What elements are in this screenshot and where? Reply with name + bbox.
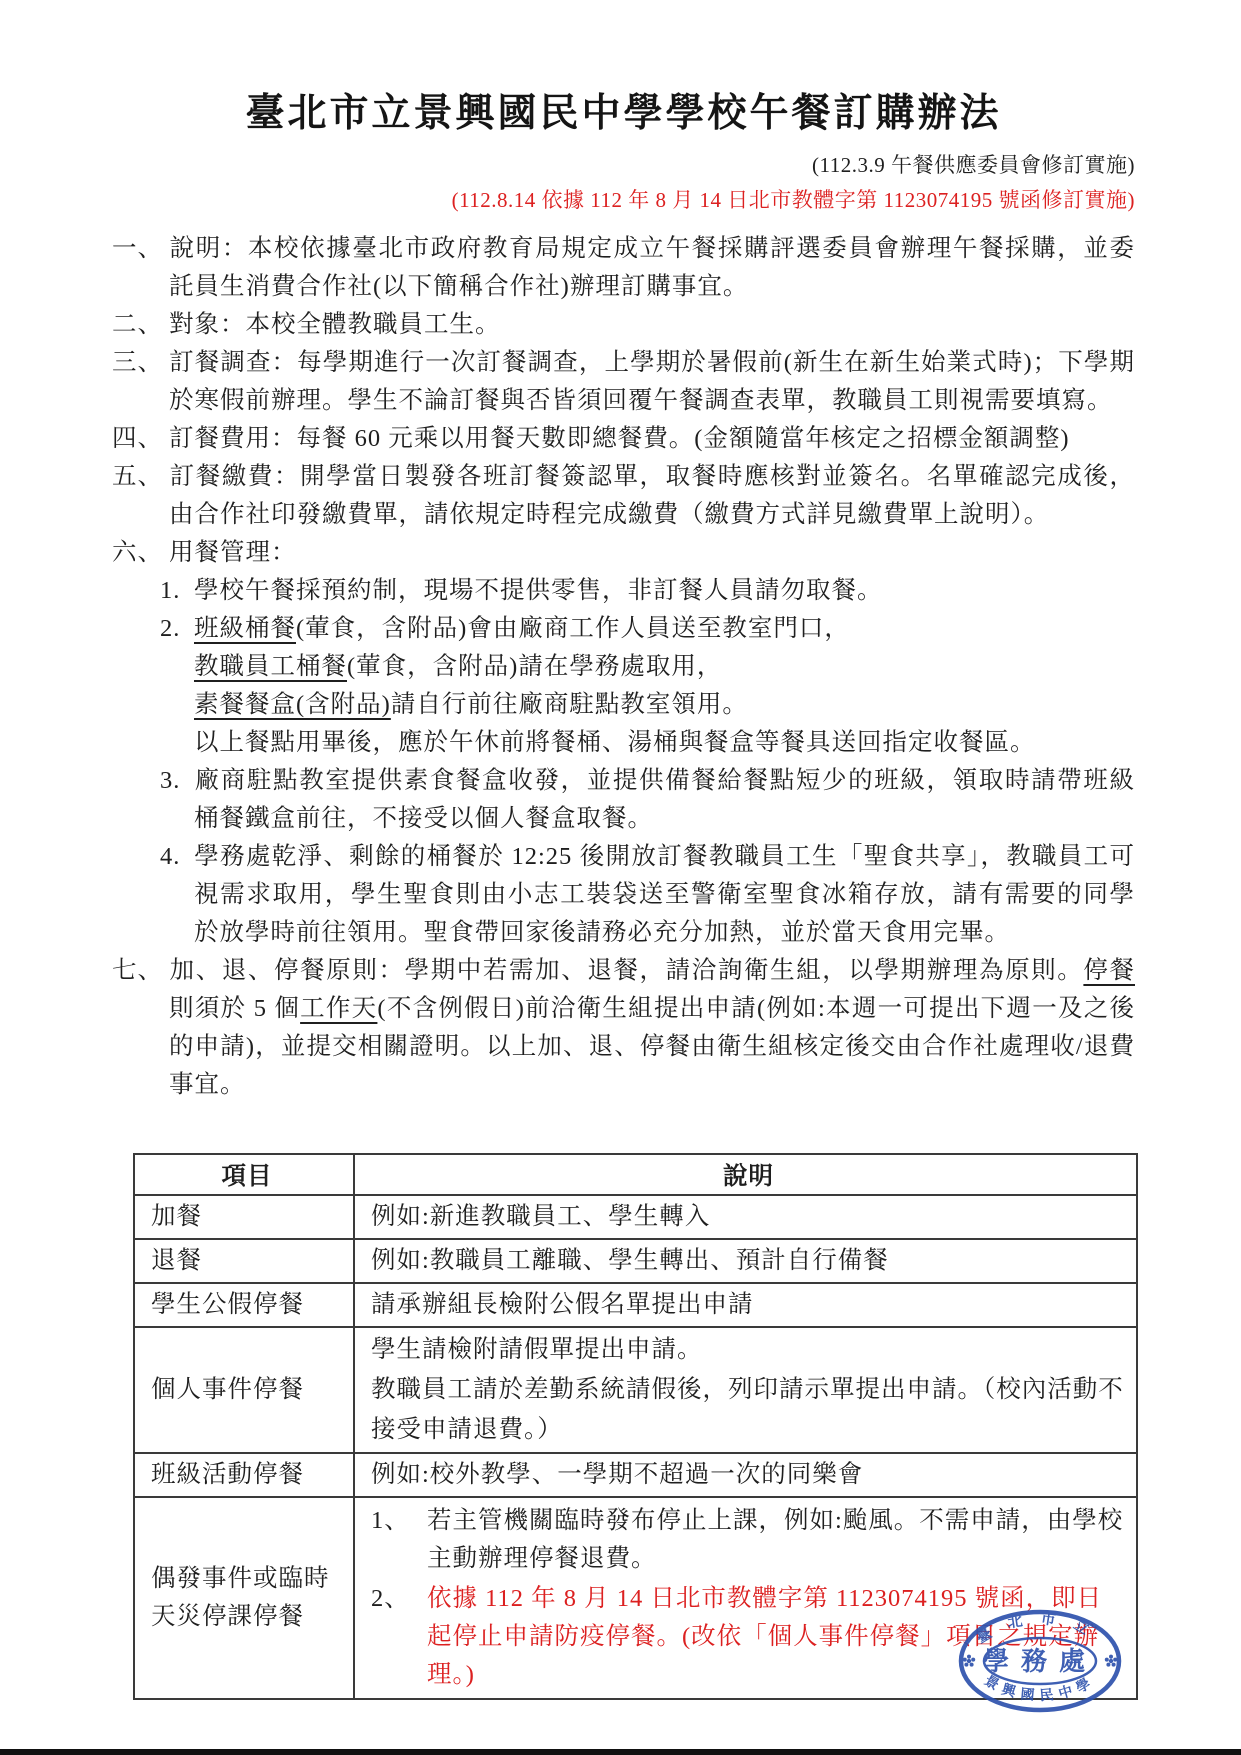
section-2-text: 對象：本校全體教職員工生。 <box>169 311 501 338</box>
row-4-desc-line-1: 學生請檢附請假單提出申請。 <box>371 1330 1126 1370</box>
section-3-text: 訂餐調查：每學期進行一次訂餐調查，上學期於暑假前(新生在新生始業式時)；下學期於… <box>169 349 1135 414</box>
seal-center-text: 學務處 <box>983 1647 1097 1676</box>
section-6-number: 六、 <box>112 534 169 572</box>
page-title: 臺北市立景興國民中學學校午餐訂購辦法 <box>112 88 1135 140</box>
row-5-item: 班級活動停餐 <box>134 1453 354 1497</box>
row-6-list-item-1: 1、 若主管機關臨時發布停止上課，例如:颱風。不需申請，由學校主動辦理停餐退費。 <box>371 1502 1126 1578</box>
item-4-number: 4. <box>160 838 194 876</box>
row-1-item: 加餐 <box>134 1195 354 1239</box>
row-5-desc: 例如:校外教學、一學期不超過一次的同樂會 <box>354 1453 1137 1497</box>
section-6-item-4: 4.學務處乾淨、剩餘的桶餐於 12:25 後開放訂餐教職員工生「聖食共享」，教職… <box>112 838 1135 952</box>
table-row: 學生公假停餐 請承辦組長檢附公假名單提出申請 <box>134 1283 1137 1327</box>
table-row: 加餐 例如:新進教職員工、學生轉入 <box>134 1195 1137 1239</box>
document-body: 一、說明：本校依據臺北市政府教育局規定成立午餐採購評選委員會辦理午餐採購，並委託… <box>112 230 1135 1104</box>
row-6-item-2-number: 2、 <box>371 1580 427 1694</box>
section-2-number: 二、 <box>112 306 169 344</box>
section-5: 五、訂餐繳費：開學當日製發各班訂餐簽認單，取餐時應核對並簽名。名單確認完成後，由… <box>112 458 1135 534</box>
section-7-underlined-2: 工作天 <box>300 995 377 1022</box>
section-2: 二、對象：本校全體教職員工生。 <box>112 306 1135 344</box>
item-2-line-2-underlined: 教職員工桶餐 <box>194 653 347 680</box>
document-page: 臺北市立景興國民中學學校午餐訂購辦法 (112.3.9 午餐供應委員會修訂實施)… <box>0 0 1241 1755</box>
revision-notes: (112.3.9 午餐供應委員會修訂實施) (112.8.14 依據 112 年… <box>112 148 1135 218</box>
section-3-number: 三、 <box>112 344 169 382</box>
section-6-item-2: 2.班級桶餐(葷食，含附品)會由廠商工作人員送至教室門口， <box>112 610 1135 648</box>
item-1-text: 學校午餐採預約制，現場不提供零售，非訂餐人員請勿取餐。 <box>194 577 883 604</box>
section-1-number: 一、 <box>112 230 169 268</box>
section-7-text-2: 則須於 5 個 <box>169 995 300 1022</box>
revision-note-1: (112.3.9 午餐供應委員會修訂實施) <box>112 148 1135 183</box>
section-4-number: 四、 <box>112 420 169 458</box>
item-2-line-3-text: 請自行前往廠商駐點教室領用。 <box>391 691 748 718</box>
section-6-heading: 用餐管理： <box>169 539 297 566</box>
svg-text:臺北市立: 臺北市立 <box>973 1609 1107 1647</box>
section-5-number: 五、 <box>112 458 169 496</box>
school-seal-stamp: 臺北市立 景興國民中學 學務處 <box>956 1608 1124 1714</box>
item-2-number: 2. <box>160 610 194 648</box>
section-5-text: 訂餐繳費：開學當日製發各班訂餐簽認單，取餐時應核對並簽名。名單確認完成後，由合作… <box>169 463 1135 528</box>
section-6-item-3: 3.廠商駐點教室提供素食餐盒收發，並提供備餐給餐點短少的班級，領取時請帶班級桶餐… <box>112 762 1135 838</box>
row-6-item: 偶發事件或臨時天災停課停餐 <box>134 1497 354 1699</box>
section-1: 一、說明：本校依據臺北市政府教育局規定成立午餐採購評選委員會辦理午餐採購，並委託… <box>112 230 1135 306</box>
item-2-line-3-underlined: 素餐餐盒(含附品) <box>194 691 391 718</box>
table-header-desc: 說明 <box>354 1154 1137 1195</box>
section-6-item-1: 1.學校午餐採預約制，現場不提供零售，非訂餐人員請勿取餐。 <box>112 572 1135 610</box>
section-7-underlined-1: 停餐 <box>1083 957 1135 984</box>
item-3-text: 廠商駐點教室提供素食餐盒收發，並提供備餐給餐點短少的班級，領取時請帶班級桶餐鐵盒… <box>194 767 1135 832</box>
row-3-desc: 請承辦組長檢附公假名單提出申請 <box>354 1283 1137 1327</box>
item-2-line-4-text: 以上餐點用畢後，應於午休前將餐桶、湯桶與餐盒等餐具送回指定收餐區。 <box>194 729 1036 756</box>
revision-note-2: (112.8.14 依據 112 年 8 月 14 日北市教體字第 112307… <box>112 183 1135 218</box>
item-2-line-2-text: (葷食，含附品)請在學務處取用， <box>347 653 722 680</box>
section-4: 四、訂餐費用：每餐 60 元乘以用餐天數即總餐費。(金額隨當年核定之招標金額調整… <box>112 420 1135 458</box>
item-2-line-1-underlined: 班級桶餐 <box>194 615 296 642</box>
item-1-number: 1. <box>160 572 194 610</box>
section-6-item-2-line-2: 教職員工桶餐(葷食，含附品)請在學務處取用， <box>112 648 1135 686</box>
table-header-item: 項目 <box>134 1154 354 1195</box>
seal-flower-icon <box>1105 1655 1117 1667</box>
table-header-row: 項目 說明 <box>134 1154 1137 1195</box>
row-4-item: 個人事件停餐 <box>134 1327 354 1453</box>
row-4-desc-line-2: 教職員工請於差勤系統請假後，列印請示單提出申請。（校內活動不接受申請退費。） <box>371 1370 1126 1450</box>
page-bottom-border <box>0 1749 1241 1755</box>
row-4-desc: 學生請檢附請假單提出申請。 教職員工請於差勤系統請假後，列印請示單提出申請。（校… <box>354 1327 1137 1453</box>
section-6-item-2-line-4: 以上餐點用畢後，應於午休前將餐桶、湯桶與餐盒等餐具送回指定收餐區。 <box>112 724 1135 762</box>
table-row: 退餐 例如:教職員工離職、學生轉出、預計自行備餐 <box>134 1239 1137 1283</box>
item-4-text: 學務處乾淨、剩餘的桶餐於 12:25 後開放訂餐教職員工生「聖食共享」，教職員工… <box>194 843 1135 946</box>
section-3: 三、訂餐調查：每學期進行一次訂餐調查，上學期於暑假前(新生在新生始業式時)；下學… <box>112 344 1135 420</box>
row-3-item: 學生公假停餐 <box>134 1283 354 1327</box>
section-6: 六、用餐管理： <box>112 534 1135 572</box>
row-2-item: 退餐 <box>134 1239 354 1283</box>
item-3-number: 3. <box>160 762 194 800</box>
row-1-desc: 例如:新進教職員工、學生轉入 <box>354 1195 1137 1239</box>
section-1-text: 說明：本校依據臺北市政府教育局規定成立午餐採購評選委員會辦理午餐採購，並委託員生… <box>169 235 1135 300</box>
row-6-item-1-text: 若主管機關臨時發布停止上課，例如:颱風。不需申請，由學校主動辦理停餐退費。 <box>427 1502 1126 1578</box>
section-7-text-1: 加、退、停餐原則：學期中若需加、退餐，請洽詢衛生組，以學期辦理為原則。 <box>169 957 1083 984</box>
section-7: 七、加、退、停餐原則：學期中若需加、退餐，請洽詢衛生組，以學期辦理為原則。停餐則… <box>112 952 1135 1104</box>
row-2-desc: 例如:教職員工離職、學生轉出、預計自行備餐 <box>354 1239 1137 1283</box>
table-row: 個人事件停餐 學生請檢附請假單提出申請。 教職員工請於差勤系統請假後，列印請示單… <box>134 1327 1137 1453</box>
seal-flower-icon <box>963 1655 975 1667</box>
seal-top-text: 臺北市立 <box>973 1609 1107 1647</box>
item-2-line-1-text: (葷食，含附品)會由廠商工作人員送至教室門口， <box>296 615 850 642</box>
section-6-item-2-line-3: 素餐餐盒(含附品)請自行前往廠商駐點教室領用。 <box>112 686 1135 724</box>
section-7-number: 七、 <box>112 952 169 990</box>
row-6-item-1-number: 1、 <box>371 1502 427 1578</box>
section-4-text: 訂餐費用：每餐 60 元乘以用餐天數即總餐費。(金額隨當年核定之招標金額調整) <box>169 425 1070 452</box>
table-row: 班級活動停餐 例如:校外教學、一學期不超過一次的同樂會 <box>134 1453 1137 1497</box>
